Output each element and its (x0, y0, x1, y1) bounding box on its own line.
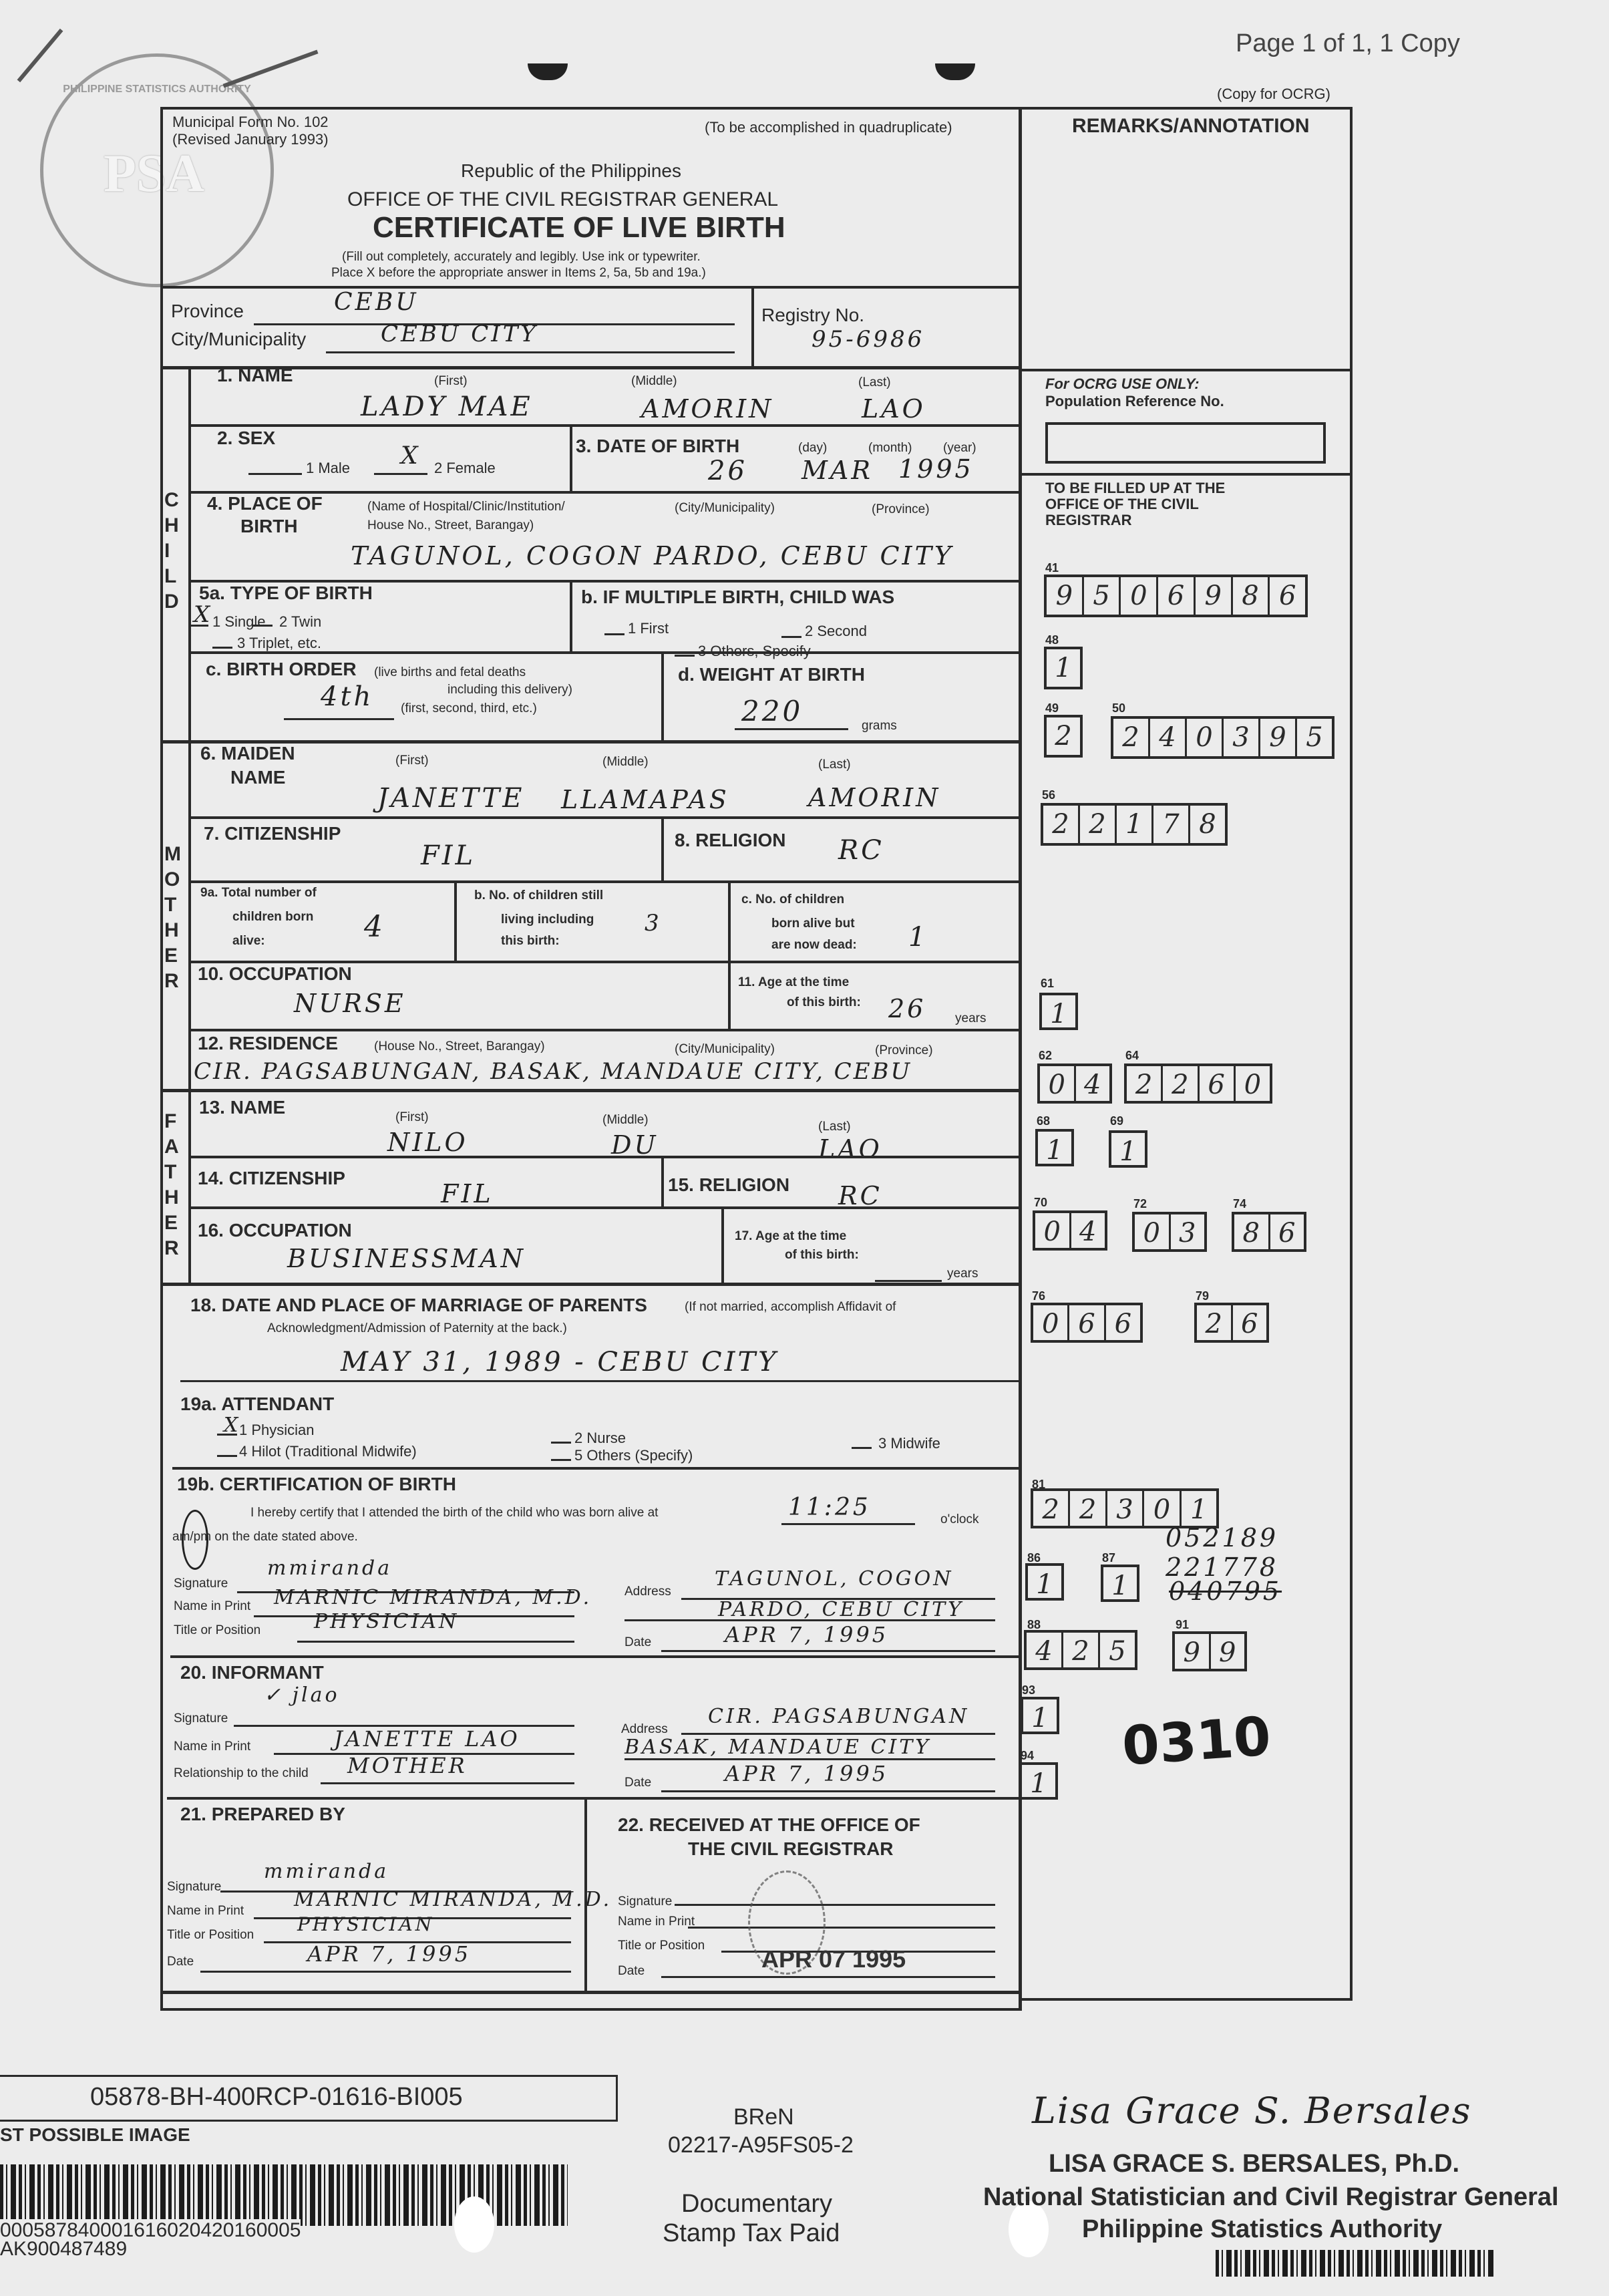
type-triplet-blank (212, 647, 232, 649)
child-first-name[interactable]: LADY MAE (361, 391, 533, 422)
attendant-others-option[interactable]: 5 Others (Specify) (574, 1447, 693, 1464)
field-56-num: 56 (1042, 788, 1055, 802)
mother-middle-name[interactable]: LLAMAPAS (561, 785, 729, 814)
weight-value[interactable]: 220 (741, 695, 803, 727)
sex-female-option[interactable]: 2 Female (434, 460, 496, 477)
section-rule (188, 367, 191, 742)
form-revised: (Revised January 1993) (172, 131, 329, 148)
total-children-label-3: alive: (232, 934, 265, 949)
pob-hdr-2: House No., Street, Barangay) (367, 518, 534, 533)
informant-date[interactable]: APR 7, 1995 (725, 1761, 888, 1786)
field-48-num: 48 (1045, 633, 1059, 647)
field-72-cells[interactable]: 03 (1132, 1212, 1207, 1252)
type-triplet-option[interactable]: 3 Triplet, etc. (237, 635, 321, 652)
field-79-cells[interactable]: 26 (1194, 1303, 1269, 1343)
field-70-cells[interactable]: 04 (1033, 1210, 1107, 1251)
received-name-label: Name in Print (618, 1915, 695, 1929)
dead-children-label-2: born alive but (771, 917, 855, 931)
province-value[interactable]: CEBU (334, 289, 419, 316)
office-label: OFFICE OF THE CIVIL REGISTRAR GENERAL (347, 188, 778, 211)
digit-cell: 6 (1233, 1305, 1267, 1340)
bren-label: BReN (733, 2104, 794, 2130)
republic-label: Republic of the Philippines (461, 160, 681, 182)
sex-label: 2. SEX (217, 428, 275, 449)
divider (570, 426, 572, 492)
prepared-date-underline (200, 1971, 571, 1973)
stamp-tax-line-1: Documentary (681, 2190, 832, 2219)
weight-underline (735, 728, 848, 730)
digit-cell: 2 (1163, 1066, 1199, 1101)
field-94-num: 94 (1021, 1749, 1034, 1763)
certification-statement: I hereby certify that I attended the bir… (250, 1506, 658, 1520)
field-74-cells[interactable]: 86 (1232, 1212, 1306, 1252)
attendant-midwife-option[interactable]: 3 Midwife (878, 1435, 940, 1452)
signatory-title: National Statistician and Civil Registra… (983, 2183, 1559, 2212)
type-twin-option[interactable]: 2 Twin (279, 613, 321, 631)
informant-address-2[interactable]: BASAK, MANDAUE CITY (624, 1736, 931, 1759)
residence-label: 12. RESIDENCE (198, 1033, 338, 1054)
field-41-cells[interactable]: 9506986 (1044, 575, 1308, 617)
divider (570, 581, 572, 652)
binder-mark (935, 63, 975, 80)
mother-middle-hdr: (Middle) (602, 755, 649, 770)
digit-cell: 1 (1103, 1567, 1137, 1599)
field-62-cells[interactable]: 04 (1037, 1063, 1112, 1104)
informant-relationship-label: Relationship to the child (174, 1766, 309, 1781)
prepared-date[interactable]: APR 7, 1995 (307, 1941, 471, 1967)
dob-year[interactable]: 1995 (898, 454, 974, 484)
digit-cell: 0 (1033, 1305, 1069, 1340)
field-70-num: 70 (1034, 1196, 1047, 1210)
signatory-org: Philippine Statistics Authority (1082, 2215, 1442, 2244)
mother-age-unit: years (955, 1011, 986, 1026)
attendant-physician-option[interactable]: 1 Physician (239, 1422, 315, 1439)
ocrg-use-label-1: For OCRG USE ONLY: (1045, 375, 1200, 393)
father-age-underline (875, 1280, 942, 1282)
cert-name-label: Name in Print (174, 1599, 250, 1614)
mult-second-blank (781, 636, 801, 638)
digit-cell: 1 (1111, 1133, 1145, 1165)
digit-cell: 8 (1233, 577, 1270, 615)
pob-prov-hdr: (Province) (872, 502, 930, 517)
field-76-cells[interactable]: 066 (1031, 1303, 1143, 1343)
dob-month[interactable]: MAR (801, 456, 873, 485)
marriage-value[interactable]: MAY 31, 1989 - CEBU CITY (341, 1347, 779, 1377)
pob-value[interactable]: TAGUNOL, COGON PARDO, CEBU CITY (351, 541, 954, 570)
father-last-hdr: (Last) (818, 1120, 851, 1134)
field-86-cells[interactable]: 1 (1025, 1563, 1064, 1601)
father-first-hdr: (First) (395, 1110, 429, 1125)
population-reference-input[interactable] (1045, 422, 1326, 464)
mother-citizenship-label: 7. CITIZENSHIP (204, 823, 341, 844)
field-61-cells[interactable]: 1 (1039, 993, 1078, 1030)
digit-cell: 2 (1070, 1491, 1107, 1526)
dob-month-hdr: (month) (868, 441, 912, 456)
residence-hdr: (House No., Street, Barangay) (374, 1039, 545, 1054)
divider (160, 1089, 1022, 1092)
field-56-cells[interactable]: 22178 (1041, 803, 1228, 846)
field-68-cells[interactable]: 1 (1035, 1129, 1074, 1166)
barcode-text-2: AK900487489 (0, 2238, 127, 2261)
divider (172, 1467, 1022, 1470)
total-children-label-1: 9a. Total number of (200, 886, 317, 900)
divider (170, 1655, 1022, 1658)
birth-order-note-3: (first, second, third, etc.) (401, 701, 537, 716)
child-name-label: 1. NAME (217, 365, 293, 386)
digit-cell: 4 (1076, 1066, 1110, 1101)
type-mark[interactable]: X (194, 601, 212, 628)
informant-name-label: Name in Print (174, 1740, 250, 1754)
digit-cell: 0 (1187, 719, 1224, 756)
pob-label-1: 4. PLACE OF (207, 493, 323, 514)
digit-cell: 4 (1071, 1213, 1105, 1248)
father-religion-label: 15. RELIGION (668, 1174, 789, 1196)
divider (584, 1798, 587, 1992)
cert-address-underline-2 (624, 1619, 995, 1621)
digit-cell: 9 (1260, 719, 1297, 756)
divider (190, 424, 1022, 427)
divider (661, 818, 664, 882)
cert-title[interactable]: PHYSICIAN (314, 1610, 459, 1633)
weight-label: d. WEIGHT AT BIRTH (678, 664, 865, 685)
divider (1020, 473, 1351, 476)
prepared-name[interactable]: MARNIC MIRANDA, M.D. (294, 1888, 612, 1911)
field-49-num: 49 (1045, 701, 1059, 715)
digit-cell: 0 (1144, 1491, 1181, 1526)
birth-order-label: c. BIRTH ORDER (206, 659, 357, 680)
mult-second-option[interactable]: 2 Second (805, 623, 867, 640)
pob-hdr-1: (Name of Hospital/Clinic/Institution/ (367, 500, 565, 514)
digit-cell: 2 (1113, 719, 1150, 756)
father-middle-hdr: (Middle) (602, 1113, 649, 1128)
digit-cell: 1 (1038, 1132, 1071, 1164)
father-citizenship[interactable]: FIL (441, 1179, 494, 1208)
cert-date-label: Date (624, 1635, 651, 1650)
father-last-name[interactable]: LAO (818, 1134, 882, 1164)
father-occupation-label: 16. OCCUPATION (198, 1220, 352, 1241)
divider (190, 816, 1022, 819)
child-middle-hdr: (Middle) (631, 374, 677, 389)
field-91-cells[interactable]: 99 (1172, 1631, 1247, 1671)
field-94-cells[interactable]: 1 (1019, 1762, 1058, 1800)
father-age-label-2: of this birth: (785, 1248, 859, 1263)
field-61-num: 61 (1041, 977, 1054, 991)
digit-cell: 6 (1270, 577, 1305, 615)
marriage-label: 18. DATE AND PLACE OF MARRIAGE OF PARENT… (190, 1295, 647, 1316)
small-barcode (1216, 2250, 1496, 2277)
province-label: Province (171, 301, 244, 322)
field-93-cells[interactable]: 1 (1021, 1697, 1059, 1734)
cert-date-underline (661, 1650, 995, 1652)
type-of-birth-label: 5a. TYPE OF BIRTH (199, 583, 373, 604)
child-first-hdr: (First) (434, 374, 468, 389)
dead-children-value[interactable]: 1 (908, 922, 928, 953)
received-title-label: Title or Position (618, 1939, 705, 1953)
quadruplicate-note: (To be accomplished in quadruplicate) (705, 119, 952, 136)
weight-unit: grams (862, 719, 897, 733)
copy-for-label: (Copy for OCRG) (1217, 86, 1330, 103)
field-93-num: 93 (1022, 1683, 1035, 1697)
cert-address-1[interactable]: TAGUNOL, COGON (715, 1567, 953, 1591)
child-middle-name[interactable]: AMORIN (641, 394, 773, 424)
informant-address-underline-2 (624, 1758, 995, 1760)
received-signature-label: Signature (618, 1895, 672, 1909)
informant-address-label: Address (621, 1722, 668, 1737)
digit-cell: 2 (1127, 1066, 1163, 1101)
control-number: 05878-BH-400RCP-01616-BI005 (90, 2083, 463, 2112)
dob-year-hdr: (year) (943, 441, 976, 456)
attendant-nurse-option[interactable]: 2 Nurse (574, 1430, 626, 1447)
digit-cell: 0 (1135, 1214, 1171, 1249)
father-name-label: 13. NAME (199, 1097, 285, 1118)
mother-name-label-2: NAME (230, 767, 285, 788)
field-88-cells[interactable]: 425 (1024, 1630, 1137, 1670)
child-last-hdr: (Last) (858, 375, 891, 390)
living-children-label-2: living including (501, 913, 594, 927)
birth-order-underline (284, 718, 394, 720)
digit-cell: 1 (1047, 649, 1080, 687)
digit-cell: 0 (1040, 1066, 1076, 1101)
certificate-title: CERTIFICATE OF LIVE BIRTH (373, 211, 785, 244)
informant-date-underline (661, 1790, 995, 1792)
divider (728, 882, 731, 962)
city-underline (326, 351, 735, 353)
informant-name[interactable]: JANETTE LAO (334, 1726, 520, 1752)
binder-mark (528, 63, 568, 80)
attendant-hilot-option[interactable]: 4 Hilot (Traditional Midwife) (239, 1443, 417, 1460)
time-underline (781, 1523, 915, 1525)
total-children-value[interactable]: 4 (364, 910, 385, 944)
informant-address-1[interactable]: CIR. PAGSABUNGAN (708, 1705, 969, 1728)
prepared-name-label: Name in Print (167, 1904, 244, 1919)
digit-cell: 1 (1023, 1699, 1057, 1732)
dob-day-hdr: (day) (798, 441, 827, 456)
punch-hole (454, 2196, 494, 2253)
cert-address-label: Address (624, 1585, 671, 1599)
digit-cell: 1 (1182, 1491, 1216, 1526)
marriage-underline (180, 1380, 1022, 1382)
father-citizenship-label: 14. CITIZENSHIP (198, 1168, 345, 1189)
prepared-title[interactable]: PHYSICIAN (297, 1913, 434, 1935)
divider (190, 1029, 1022, 1031)
digit-cell: 2 (1080, 806, 1117, 843)
divider (167, 1797, 1022, 1800)
informant-label: 20. INFORMANT (180, 1662, 324, 1683)
digit-cell: 5 (1084, 577, 1121, 615)
field-48-cells[interactable]: 1 (1044, 647, 1083, 689)
attendant-hilot-blank (217, 1455, 237, 1457)
digit-cell: 6 (1106, 1305, 1140, 1340)
field-41-num: 41 (1045, 561, 1059, 575)
sex-female-blank (374, 473, 427, 475)
digit-cell: 2 (1033, 1491, 1070, 1526)
multiple-birth-label: b. IF MULTIPLE BIRTH, CHILD WAS (581, 587, 894, 608)
divider (721, 1208, 724, 1284)
divider (751, 287, 754, 367)
informant-signature[interactable]: ✓ jlao (264, 1683, 340, 1707)
digit-cell: 9 (1196, 577, 1233, 615)
attendant-nurse-blank (551, 1442, 571, 1444)
cert-signature-label: Signature (174, 1577, 228, 1591)
city-value[interactable]: CEBU CITY (381, 321, 538, 347)
mother-age-label-1: 11. Age at the time (738, 975, 849, 990)
mother-age-value[interactable]: 26 (888, 994, 926, 1023)
best-possible-image: ST POSSIBLE IMAGE (0, 2124, 190, 2146)
field-69-num: 69 (1110, 1114, 1123, 1128)
field-62-num: 62 (1039, 1049, 1052, 1063)
bren-number: 02217-A95FS05-2 (668, 2132, 854, 2158)
digit-cell: 5 (1100, 1633, 1135, 1667)
child-last-name[interactable]: LAO (862, 394, 926, 424)
field-74-num: 74 (1233, 1197, 1246, 1211)
field-87-num: 87 (1102, 1551, 1115, 1565)
fill-up-label-1: TO BE FILLED UP AT THE (1045, 480, 1225, 497)
digit-cell: 3 (1107, 1491, 1144, 1526)
field-72-num: 72 (1133, 1197, 1147, 1211)
field-68-num: 68 (1037, 1114, 1050, 1128)
dead-children-label-3: are now dead: (771, 938, 857, 953)
cert-address-2[interactable]: PARDO, CEBU CITY (718, 1598, 964, 1621)
digit-cell: 5 (1297, 719, 1332, 756)
received-date-underline (661, 1976, 995, 1978)
living-children-label-3: this birth: (501, 934, 560, 949)
digit-cell: 2 (1063, 1633, 1100, 1667)
prepared-date-label: Date (167, 1955, 194, 1969)
certification-label: 19b. CERTIFICATION OF BIRTH (177, 1474, 456, 1495)
certification-oclock: o'clock (940, 1512, 978, 1527)
certification-time[interactable]: 11:25 (788, 1494, 871, 1521)
residence-value[interactable]: CIR. PAGSABUNGAN, BASAK, MANDAUE CITY, C… (194, 1058, 912, 1085)
prepared-signature[interactable]: mmiranda (264, 1860, 389, 1883)
cert-name[interactable]: MARNIC MIRANDA, M.D. (274, 1586, 592, 1609)
sex-male-option[interactable]: 1 Male (306, 460, 350, 477)
mother-last-name[interactable]: AMORIN (808, 783, 940, 812)
father-occupation[interactable]: BUSINESSMAN (287, 1244, 526, 1273)
total-children-label-2: children born (232, 910, 313, 925)
attendant-midwife-blank (852, 1447, 872, 1449)
stamp-tax-line-2: Stamp Tax Paid (663, 2219, 840, 2248)
digit-cell: 4 (1027, 1633, 1063, 1667)
digit-cell: 2 (1043, 806, 1080, 843)
father-age-label-1: 17. Age at the time (735, 1229, 846, 1244)
digit-cell: 6 (1069, 1305, 1105, 1340)
divider (160, 1283, 1022, 1286)
divider (190, 880, 1022, 883)
divider (160, 1991, 1022, 1994)
dead-children-label-1: c. No. of children (741, 892, 844, 907)
mult-first-option[interactable]: 1 First (628, 620, 669, 637)
mother-occupation[interactable]: NURSE (294, 989, 406, 1018)
ocrg-use-label-2: Population Reference No. (1045, 393, 1224, 410)
digit-cell: 9 (1211, 1634, 1245, 1669)
digit-cell: 9 (1047, 577, 1084, 615)
informant-date-label: Date (624, 1776, 651, 1790)
dob-label: 3. DATE OF BIRTH (576, 436, 739, 457)
stamp-number: 0310 (1120, 1705, 1273, 1777)
living-children-label-1: b. No. of children still (474, 888, 603, 903)
field-50-cells[interactable]: 240395 (1111, 716, 1334, 759)
digit-cell: 0 (1121, 577, 1158, 615)
field-79-num: 79 (1196, 1289, 1209, 1303)
staple (222, 50, 318, 88)
instructions-line-2: Place X before the appropriate answer in… (331, 266, 706, 281)
field-76-num: 76 (1032, 1289, 1045, 1303)
living-children-value[interactable]: 3 (645, 910, 662, 937)
mother-citizenship[interactable]: FIL (421, 840, 476, 871)
divider (1020, 369, 1351, 371)
field-49-cells[interactable]: 2 (1044, 715, 1083, 758)
type-single-option[interactable]: 1 Single (212, 613, 266, 631)
digit-cell: 2 (1047, 717, 1080, 755)
field-91-num: 91 (1176, 1618, 1189, 1632)
sex-mark[interactable]: X (401, 442, 421, 470)
received-name-underline (688, 1927, 995, 1929)
digit-cell: 0 (1236, 1066, 1270, 1101)
field-64-cells[interactable]: 2260 (1124, 1063, 1272, 1104)
digit-cell: 7 (1153, 806, 1190, 843)
cert-date[interactable]: APR 7, 1995 (725, 1622, 888, 1647)
received-label-1: 22. RECEIVED AT THE OFFICE OF (618, 1814, 920, 1836)
mother-first-hdr: (First) (395, 754, 429, 768)
divider (728, 962, 731, 1029)
birth-order-note-1: (live births and fetal deaths (374, 665, 526, 680)
divider (190, 1156, 1022, 1158)
digit-cell: 1 (1042, 995, 1075, 1027)
marriage-note-1: (If not married, accomplish Affidavit of (685, 1300, 896, 1315)
field-87-cells[interactable]: 1 (1101, 1565, 1139, 1602)
digit-cell: 1 (1028, 1566, 1061, 1598)
field-69-cells[interactable]: 1 (1109, 1130, 1147, 1168)
birth-order-value[interactable]: 4th (321, 681, 373, 712)
city-label: City/Municipality (171, 329, 306, 350)
section-rule (188, 1090, 191, 1284)
dob-day[interactable]: 26 (708, 456, 747, 486)
field-50-num: 50 (1112, 701, 1125, 715)
attendant-label: 19a. ATTENDANT (180, 1393, 334, 1415)
cert-signature[interactable]: mmiranda (267, 1556, 392, 1580)
mother-first-name[interactable]: JANETTE (377, 783, 524, 814)
prepared-label: 21. PREPARED BY (180, 1804, 345, 1825)
mult-first-blank (604, 633, 624, 635)
divider (661, 653, 664, 742)
staple (17, 29, 63, 82)
divider (661, 1157, 664, 1208)
attendant-mark[interactable]: X (224, 1414, 240, 1437)
received-stamp-date: APR 07 1995 (761, 1945, 906, 1973)
section-label-mother: MOTHER (164, 842, 178, 994)
digit-cell: 2 (1197, 1305, 1233, 1340)
digit-cell: 6 (1158, 577, 1196, 615)
pob-city-hdr: (City/Municipality) (675, 501, 775, 516)
page-info: Page 1 of 1, 1 Copy (1236, 29, 1460, 58)
type-twin-blank (252, 625, 273, 627)
digit-cell: 4 (1150, 719, 1187, 756)
mother-age-label-2: of this birth: (787, 995, 861, 1010)
fill-up-label-2: OFFICE OF THE CIVIL (1045, 496, 1199, 513)
informant-relationship[interactable]: MOTHER (347, 1753, 468, 1778)
mother-religion-label: 8. RELIGION (675, 830, 785, 851)
digit-cell: 3 (1224, 719, 1260, 756)
mother-religion[interactable]: RC (838, 835, 884, 866)
digit-cell: 8 (1234, 1214, 1270, 1249)
digit-cell: 1 (1117, 806, 1153, 843)
registry-value[interactable]: 95-6986 (812, 326, 924, 353)
form-number: Municipal Form No. 102 (172, 114, 329, 131)
father-first-name[interactable]: NILO (387, 1128, 468, 1157)
field-81-cells[interactable]: 22301 (1031, 1488, 1219, 1528)
informant-signature-label: Signature (174, 1711, 228, 1726)
signatory-signature: Lisa Grace S. Bersales (1032, 2090, 1471, 2132)
